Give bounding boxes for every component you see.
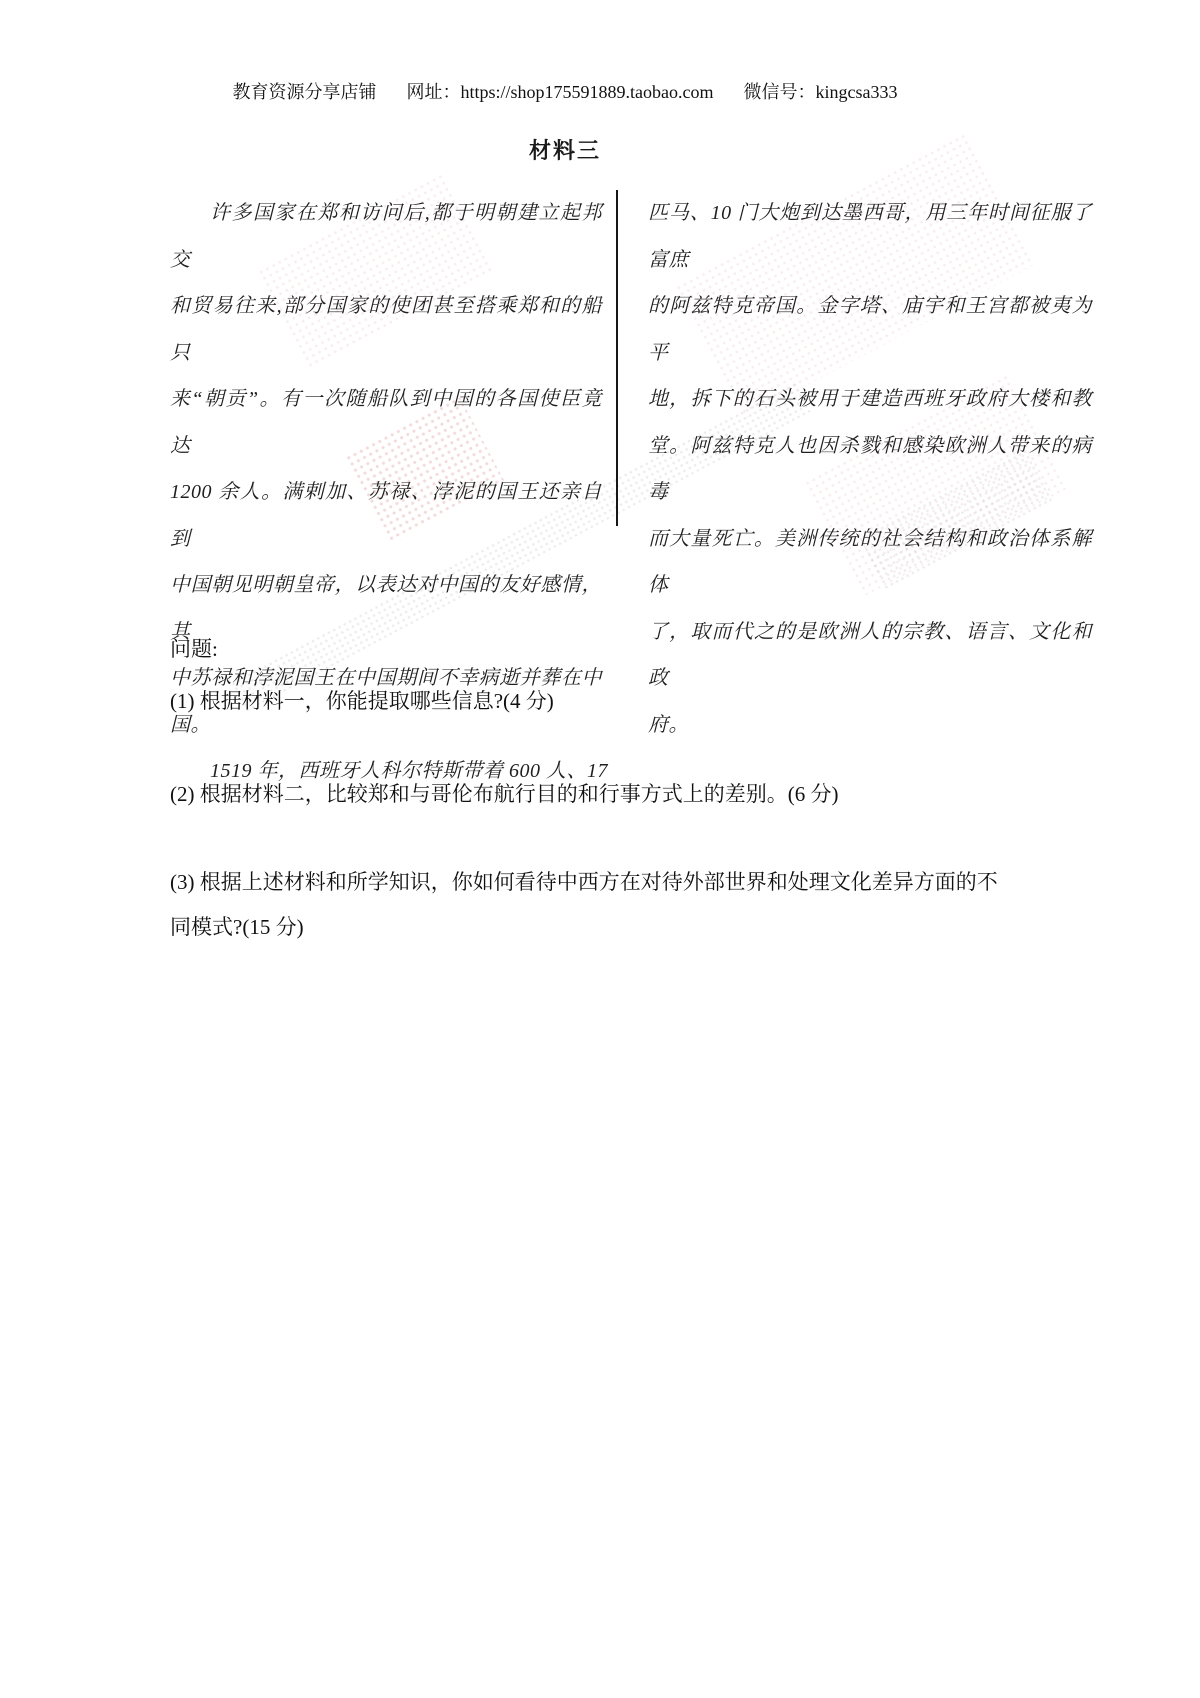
question-2: (2) 根据材料二，比较郑和与哥伦布航行目的和行事方式上的差别。(6 分) xyxy=(170,778,838,808)
shop-url: https://shop175591889.taobao.com xyxy=(461,82,714,103)
document-page: 教育资源分享店铺 网址： https://shop175591889.taoba… xyxy=(0,0,1200,1698)
material-text-line: 而大量死亡。美洲传统的社会结构和政治体系解体 xyxy=(648,516,1092,609)
material-text-line: 堂。阿兹特克人也因杀戮和感染欧洲人带来的病毒 xyxy=(648,423,1092,516)
url-label: 网址： xyxy=(407,78,461,104)
question-1: (1) 根据材料一，你能提取哪些信息?(4 分) xyxy=(170,685,554,715)
question-3: (3) 根据上述材料和所学知识，你如何看待中西方在对待外部世界和处理文化差异方面… xyxy=(170,860,998,950)
material-text-line: 许多国家在郑和访问后,都于明朝建立起邦交 xyxy=(170,190,602,283)
shop-name: 教育资源分享店铺 xyxy=(233,78,377,104)
wechat-label: 微信号： xyxy=(744,78,816,104)
material-text-line: 中国朝见明朝皇帝，以表达对中国的友好感情，其 xyxy=(170,562,602,655)
material-text-line: 的阿兹特克帝国。金字塔、庙宇和王宫都被夷为平 xyxy=(648,283,1092,376)
material-text-line: 富庶 xyxy=(648,237,1092,284)
question-3-line-1: (3) 根据上述材料和所学知识，你如何看待中西方在对待外部世界和处理文化差异方面… xyxy=(170,860,998,905)
shop-url-group: 网址： https://shop175591889.taobao.com xyxy=(407,78,714,104)
material-text-line: 和贸易往来,部分国家的使团甚至搭乘郑和的船只 xyxy=(170,283,602,376)
questions-label: 问题: xyxy=(170,633,218,663)
question-3-line-2: 同模式?(15 分) xyxy=(170,905,998,950)
material-text-line: 府。 xyxy=(648,702,1092,749)
material-text-line: 匹马、10 门大炮到达墨西哥，用三年时间征服了 xyxy=(648,190,1092,237)
page-header: 教育资源分享店铺 网址： https://shop175591889.taoba… xyxy=(0,78,1130,104)
material-text-line: 了，取而代之的是欧洲人的宗教、语言、文化和政 xyxy=(648,609,1092,702)
material-text-line: 地，拆下的石头被用于建造西班牙政府大楼和教 xyxy=(648,376,1092,423)
wechat-group: 微信号： kingcsa333 xyxy=(744,78,898,104)
material-text-line: 来“朝贡”。有一次随船队到中国的各国使臣竟达 xyxy=(170,376,602,469)
wechat-id: kingcsa333 xyxy=(816,82,898,103)
column-divider xyxy=(616,190,618,526)
material-text-line: 1200 余人。满剌加、苏禄、浡泥的国王还亲自到 xyxy=(170,469,602,562)
material-right-column: 匹马、10 门大炮到达墨西哥，用三年时间征服了 富庶 的阿兹特克帝国。金字塔、庙… xyxy=(648,190,1092,795)
material-title: 材料三 xyxy=(0,134,1130,165)
